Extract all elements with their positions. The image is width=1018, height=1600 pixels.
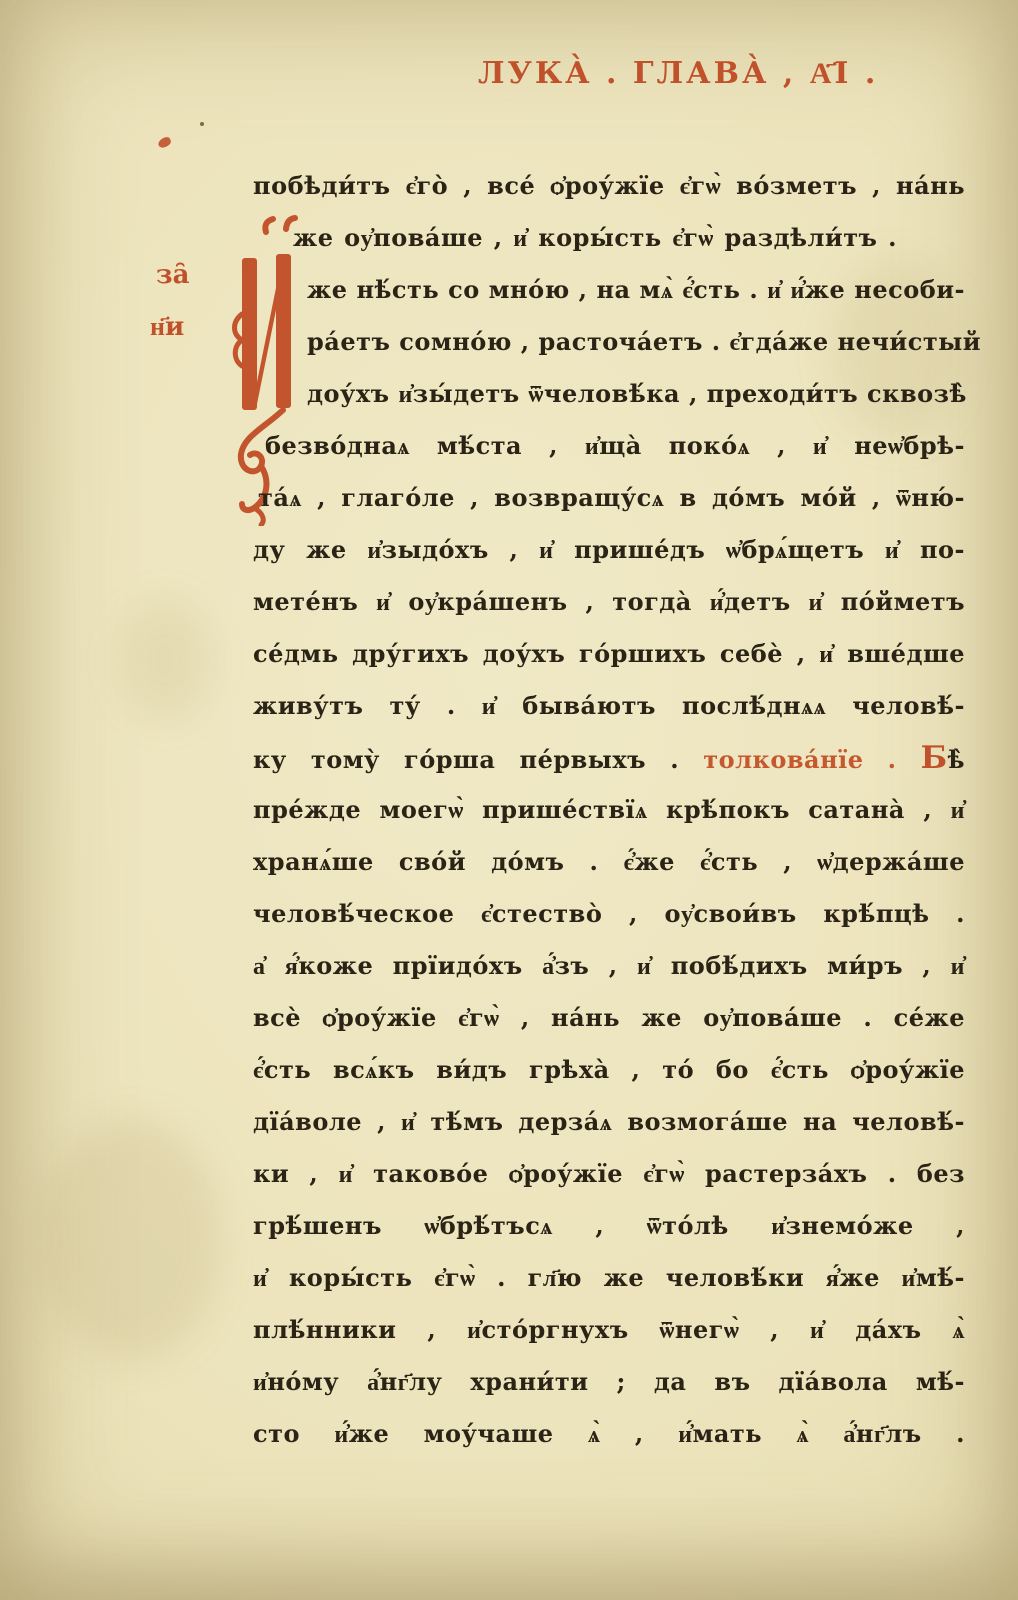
text-line: ду же и҆зыдо́хъ , и҆ прише́дъ ѡ҆брѧ́щетъ… <box>253 524 965 576</box>
gospel-line-end: ку тому̀ го́рша пе́рвыхъ . <box>253 745 679 774</box>
text-line: а҆ я҆́коже прїидо́хъ а҆́зъ , и҆ побѣ́дих… <box>253 940 965 992</box>
book-page-scan: ЛУКА̀ . ГЛАВА̀ , А҃І . за̑ н҃и побѣди́тъ… <box>0 0 1018 1600</box>
text-line: доу́хъ и҆зы́детъ ѿчеловѣ́ка , преходи́тъ… <box>253 368 965 420</box>
text-line: та́ѧ , глаго́ле , возвращу́сѧ в до́мъ мо… <box>253 472 965 524</box>
running-header: ЛУКА̀ . ГЛАВА̀ , А҃І . <box>478 56 878 91</box>
text-line: живу́тъ ту́ . и҆ быва́ютъ послѣ́днѧѧ чел… <box>253 680 965 732</box>
commentary-initial: Б <box>921 740 948 776</box>
text-line: є҆́сть всѧ́къ ви́дъ грѣха̀ , то́ бо є҆́с… <box>253 1044 965 1096</box>
text-column: побѣди́тъ є҆го̀ , все́ ѻ҆роу́жїе є҆гѡ̀ в… <box>253 160 965 1460</box>
text-line: человѣ́ческое є҆стество̀ , оу҆свои́въ кр… <box>253 888 965 940</box>
zachalo-marker-top: за̑ <box>156 262 189 288</box>
text-line: и҆но́му а҆́нг҃лу храни́ти ; да въ дїа́во… <box>253 1356 965 1408</box>
paper-stain <box>40 1120 220 1360</box>
text-line: се́дмь дру́гихъ доу́хъ го́ршихъ себѐ , и… <box>253 628 965 680</box>
text-line: и҆ коры́сть є҆гѡ̀ . гл҃ю же человѣ́ки я҆… <box>253 1252 965 1304</box>
text-line-mixed: ку тому̀ го́рша пе́рвыхъ . толкова́нїе .… <box>253 732 965 784</box>
text-line: же оу҆пова́ше , и҆ коры́сть є҆гѡ̀ раздѣл… <box>253 212 965 264</box>
text-line: хранѧ́ше сво́й до́мъ . є҆́же є҆́сть , ѡ҆… <box>253 836 965 888</box>
text-line: грѣ́шенъ ѡ҆брѣ́тъсѧ , ѿто́лѣ и҆знемо́же … <box>253 1200 965 1252</box>
text-line: мете́нъ и҆ оу҆кра́шенъ , тогда̀ и҆́детъ … <box>253 576 965 628</box>
text-line: всѐ ѻ҆роу́жїе є҆гѡ̀ , на́нь же оу҆пова́ш… <box>253 992 965 1044</box>
text-line: сто и҆́же моу́чаше ѧ̀ , и҆́мать ѧ̀ а҆́нг… <box>253 1408 965 1460</box>
text-line: безво́днаѧ мѣ́ста , и҆ща̀ поко́ѧ , и҆ не… <box>253 420 965 472</box>
red-ink-speck <box>157 136 173 150</box>
text-line: плѣ́нники , и҆сто́ргнухъ ѿнегѡ̀ , и҆ да́… <box>253 1304 965 1356</box>
text-line: пре́жде моегѡ̀ прише́ствїѧ крѣ́покъ сата… <box>253 784 965 836</box>
text-line: же нѣ́сть со мно́ю , на мѧ̀ є҆́сть . и҆ … <box>253 264 965 316</box>
text-line: ра́етъ сомно́ю , расточа́етъ . є҆гда́же … <box>253 316 965 368</box>
commentary-initial-rest: ѣ̀ <box>948 745 965 774</box>
text-line: дїа́воле , и҆ тѣ́мъ дерза́ѧ возмога́ше н… <box>253 1096 965 1148</box>
ink-speck <box>200 122 204 126</box>
text-line: побѣди́тъ є҆го̀ , все́ ѻ҆роу́жїе є҆гѡ̀ в… <box>253 160 965 212</box>
paper-stain <box>120 600 210 720</box>
text-line: ки , и҆ таково́е ѻ҆роу́жїе є҆гѡ̀ растерз… <box>253 1148 965 1200</box>
zachalo-marker-bottom: н҃и <box>150 314 184 340</box>
rubric-label: толкова́нїе . <box>703 745 896 774</box>
